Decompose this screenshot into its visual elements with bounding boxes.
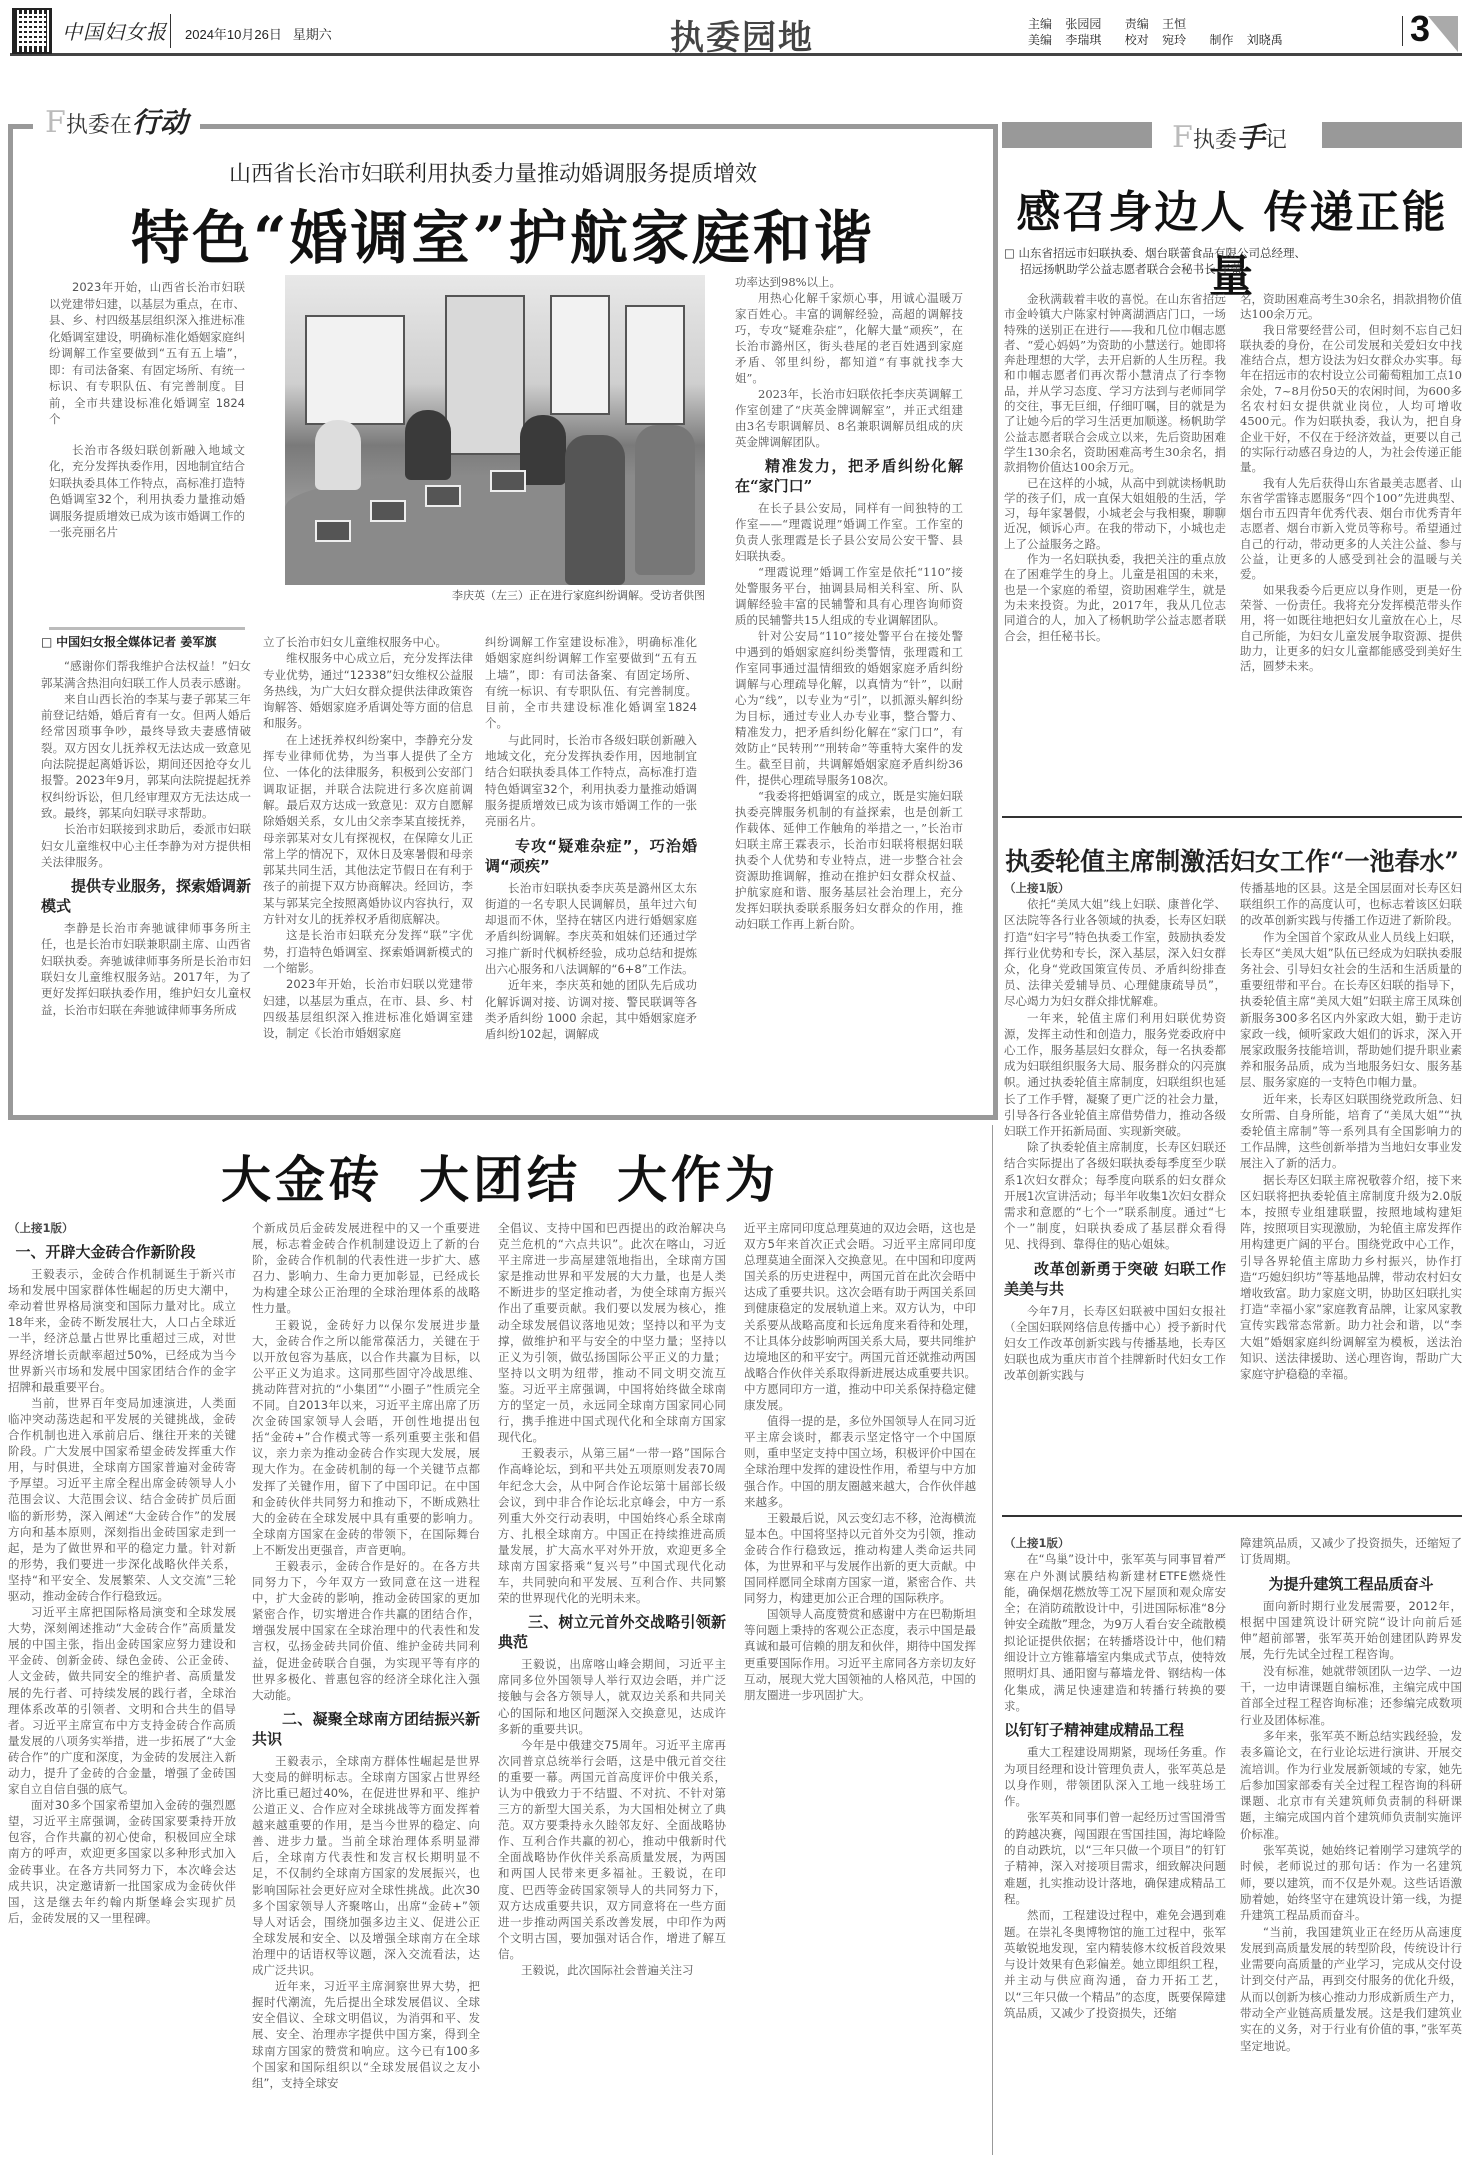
photo-person: [565, 435, 625, 585]
credit-producer: 制作 刘晓禹: [1209, 33, 1292, 47]
section-heading: 以钉钉子精神建成精品工程: [1004, 1720, 1226, 1740]
tag-bar-right: [1322, 122, 1462, 148]
architect-column-2: 障建筑品质，又减少了投资损失，还缩短了订货周期。 为提升建筑工程品质奋斗 面向新…: [1240, 1535, 1462, 2054]
article-summary: 2023年开始，山西省长治市妇联以党建带妇建，以基层为重点，在市、县、乡、村四级…: [49, 279, 245, 555]
photo-name-sign: [370, 500, 406, 522]
section-heading: 为提升建筑工程品质奋斗: [1240, 1574, 1462, 1594]
continued-label: （上接1版）: [1004, 880, 1226, 896]
issue-date: 2024年10月26日 星期六: [185, 24, 332, 43]
newspaper-logo[interactable]: 中国妇女报: [62, 16, 167, 45]
page-corner-decoration: [1428, 16, 1458, 52]
section-heading: 提供专业服务，探索婚调新模式: [41, 876, 251, 916]
brics-headline[interactable]: 大金砖大团结大作为: [20, 1140, 980, 1212]
feature-column-1: 中国妇女报全媒体记者 姜军旗 “感谢你们帮我维护合法权益！”妇女郭某满含热泪向妇…: [41, 634, 251, 1018]
brics-column-3: 全倡议、支持中国和巴西提出的政治解决乌克兰危机的“六点共识”。此次在喀山，习近平…: [498, 1220, 726, 1978]
section-heading: 一、开辟大金砖合作新阶段: [8, 1242, 236, 1262]
section-heading: 专攻“疑难杂症”，巧治婚调“顽疾”: [485, 836, 697, 876]
photo-name-sign: [425, 485, 461, 507]
architect-column-1: （上接1版） 在“鸟巢”设计中，张军英与同事冒着严寒在户外测试膜结构新建材ETF…: [1004, 1535, 1226, 2021]
rotation-chair-column-2: 传播基地的区县。这是全国层面对长寿区妇联组织工作的高度认可，也标志着该区妇联的改…: [1240, 880, 1462, 1382]
section-heading: 改革创新勇于突破 妇联工作美美与共: [1004, 1259, 1226, 1299]
photo-person: [405, 410, 451, 480]
notes-column-1: 金秋满载着丰收的喜悦。在山东省招远市金岭镇大户陈家村钟离湖酒店门口，一场特殊的送…: [1004, 292, 1226, 644]
feature-column-2: 立了长治市妇女儿童维权服务中心。 维权服务中心成立后，充分发挥法律专业优势，通过…: [263, 634, 473, 1041]
tag-bar-left: [1002, 122, 1152, 148]
section-heading: 三、树立元首外交战略引领新典范: [498, 1612, 726, 1652]
weekday: 星期六: [293, 27, 332, 42]
rotation-chair-headline[interactable]: 执委轮值主席制激活妇女工作“一池春水”: [1002, 842, 1462, 878]
byline: 中国妇女报全媒体记者 姜军旗: [41, 634, 251, 650]
photo-person: [635, 425, 695, 575]
photo-wall-board: [550, 295, 610, 415]
date-value: 2024年10月26日: [185, 27, 282, 42]
summary-divider: [49, 627, 245, 630]
photo-wall-board: [305, 315, 405, 425]
photo-person: [315, 420, 361, 490]
brics-column-1: （上接1版） 一、开辟大金砖合作新阶段 王毅表示，金砖合作机制诞生于新兴市场和发…: [8, 1220, 236, 1926]
feature-column-3: 纠纷调解工作室建设标准》，明确标准化婚姻家庭纠纷调解工作室要做到“五有五上墙”，…: [485, 634, 697, 1043]
continued-label: （上接1版）: [8, 1220, 236, 1236]
column-divider: [992, 1125, 993, 2155]
masthead-divider: [170, 14, 171, 48]
column-tag-notes: F执委手记: [1162, 116, 1297, 156]
notes-headline[interactable]: 感召身边人 传递正能量: [1002, 176, 1462, 304]
photo-wall-board: [445, 295, 525, 455]
section-divider: [1002, 1515, 1462, 1517]
photo-person: [520, 415, 566, 485]
page-number-divider: [1402, 16, 1403, 46]
section-heading: 二、凝聚全球南方团结振兴新共识: [252, 1709, 480, 1749]
column-tag-in-action: F执委在行动: [33, 101, 200, 141]
editorial-credits: 主编 张园园 责编 王恒 美编 李瑞琪 校对 宛玲 制作 刘晓禹: [1028, 16, 1303, 48]
section-heading: 精准发力，把矛盾纠纷化解在“家门口”: [735, 456, 963, 496]
page-section-title: 执委园地: [670, 10, 814, 59]
photo-name-sign: [490, 470, 526, 492]
qr-code-icon[interactable]: [12, 8, 52, 54]
masthead: 中国妇女报 2024年10月26日 星期六 执委园地 主编 张园园 责编 王恒 …: [10, 6, 1462, 56]
column-tag-bar: F执委手记: [1002, 122, 1462, 148]
brics-column-2: 个新成员后金砖发展进程中的又一个重要进展，标志着金砖合作机制建设迈上了新的台阶，…: [252, 1220, 480, 2091]
credit-editor: 责编 王恒: [1125, 17, 1196, 31]
credit-proofreader: 校对 宛玲: [1125, 33, 1196, 47]
section-divider: [1002, 816, 1462, 818]
notes-author: 山东省招远市妇联执委、烟台联蕾食品有限公司总经理、 招远扬帆助学公益志愿者联合会…: [1004, 245, 1464, 277]
photo-wall-board: [625, 305, 685, 425]
article-headline[interactable]: 特色“婚调室”护航家庭和谐: [33, 191, 973, 275]
brics-column-4: 近平主席同印度总理莫迪的双边会晤，这也是双方5年来首次正式会晤。习近平主席同印度…: [744, 1220, 976, 1703]
article-photo[interactable]: [285, 275, 705, 585]
article-subtitle: 山西省长治市妇联利用执委力量推动婚调服务提质增效: [113, 157, 873, 188]
feature-article-box: F执委在行动 山西省长治市妇联利用执委力量推动婚调服务提质增效 特色“婚调室”护…: [8, 124, 998, 1120]
photo-caption: 李庆英（左三）正在进行家庭纠纷调解。受访者供图: [285, 587, 705, 603]
rotation-chair-column-1: （上接1版） 依托“美凤大姐”线上妇联、康普化学、区法院等各行业各领域的执委，长…: [1004, 880, 1226, 1384]
continued-label: （上接1版）: [1004, 1535, 1226, 1551]
credit-chief-editor: 主编 张园园: [1028, 17, 1111, 31]
feature-column-4: 功率达到98%以上。 用热心化解千家烦心事，用诚心温暖万家百姓心。丰富的调解经验…: [735, 274, 963, 932]
notes-column-2: 名，资助困难高考生30余名，捐款捐物价值达100余万元。 我日常要经营公司，但时…: [1240, 292, 1462, 674]
photo-name-sign: [315, 520, 351, 542]
credit-art-editor: 美编 李瑞琪: [1028, 33, 1111, 47]
